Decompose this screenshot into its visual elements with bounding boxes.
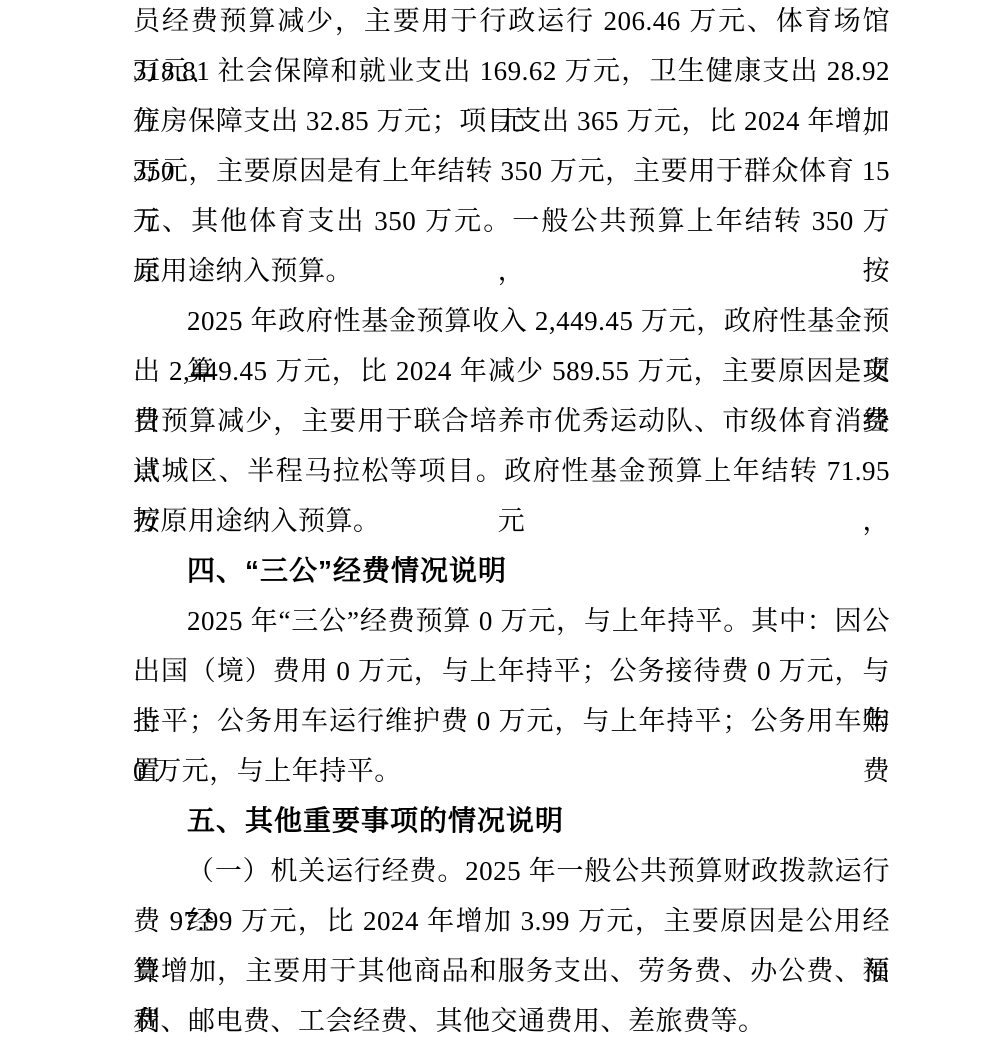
section-heading-four: 四、“三公”经费情况说明 xyxy=(133,546,890,596)
paragraph-line: 万元、社会保障和就业支出 169.62 万元，卫生健康支出 28.92 万元， xyxy=(133,46,890,96)
paragraph-line: 元、其他体育支出 350 万元。一般公共预算上年结转 350 万元，按 xyxy=(133,196,890,246)
paragraph-line: 费 97.99 万元，比 2024 年增加 3.99 万元，主要原因是公用经费预 xyxy=(133,896,890,946)
text-block: 员经费预算减少，主要用于行政运行 206.46 万元、体育场馆 318.81 万… xyxy=(133,0,890,1041)
paragraph-line: 费、邮电费、工会经费、其他交通费用、差旅费等。 xyxy=(133,996,890,1041)
paragraph-line: 费预算减少，主要用于联合培养市优秀运动队、市级体育消费试 xyxy=(133,396,890,446)
paragraph-line: 算增加，主要用于其他商品和服务支出、劳务费、办公费、福利 xyxy=(133,946,890,996)
section-heading-five: 五、其他重要事项的情况说明 xyxy=(133,796,890,846)
paragraph-line: 出国（境）费用 0 万元，与上年持平；公务接待费 0 万元，与上年 xyxy=(133,646,890,696)
paragraph-line: 持平；公务用车运行维护费 0 万元，与上年持平；公务用车购置费 xyxy=(133,696,890,746)
paragraph-line: 万元，主要原因是有上年结转 350 万元，主要用于群众体育 15 万 xyxy=(133,146,890,196)
paragraph-line: （一）机关运行经费。2025 年一般公共预算财政拨款运行经 xyxy=(133,846,890,896)
paragraph-line: 2025 年“三公”经费预算 0 万元，与上年持平。其中：因公 xyxy=(133,596,890,646)
paragraph-line: 员经费预算减少，主要用于行政运行 206.46 万元、体育场馆 318.81 xyxy=(133,0,890,46)
paragraph-line: 点城区、半程马拉松等项目。政府性基金预算上年结转 71.95 万元， xyxy=(133,446,890,496)
paragraph-line: 住房保障支出 32.85 万元；项目支出 365 万元，比 2024 年增加 3… xyxy=(133,96,890,146)
paragraph-line: 出 2,449.45 万元，比 2024 年减少 589.55 万元，主要原因是… xyxy=(133,346,890,396)
document-page: 员经费预算减少，主要用于行政运行 206.46 万元、体育场馆 318.81 万… xyxy=(0,0,1000,1041)
paragraph-line: 2025 年政府性基金预算收入 2,449.45 万元，政府性基金预算支 xyxy=(133,296,890,346)
